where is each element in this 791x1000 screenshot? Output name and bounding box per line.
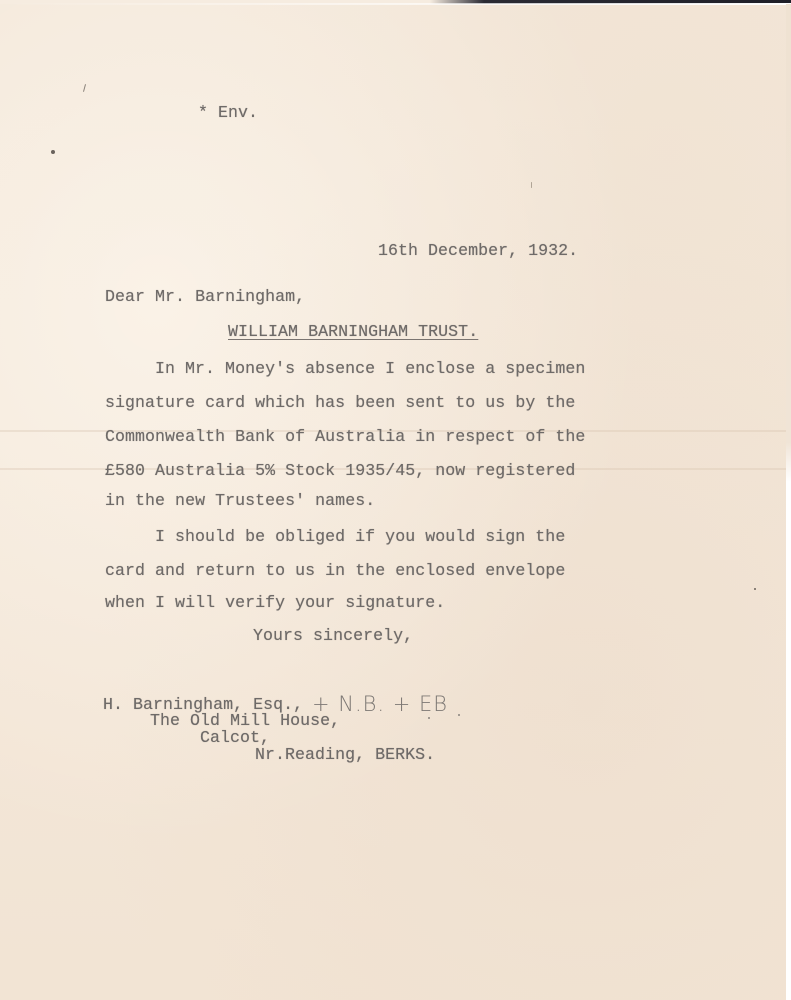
paper-right-edge: [786, 4, 791, 1000]
paragraph-line: signature card which has been sent to us…: [105, 394, 575, 412]
paragraph-line: in the new Trustees' names.: [105, 492, 375, 510]
paragraph-line: Commonwealth Bank of Australia in respec…: [105, 428, 585, 446]
letter-heading: WILLIAM BARNINGHAM TRUST.: [228, 323, 478, 341]
paper-speck: [51, 150, 55, 154]
paper-speck: [754, 588, 756, 590]
salutation: Dear Mr. Barningham,: [105, 288, 305, 306]
handwritten-annotation: + N.B. + EB: [312, 692, 448, 716]
paper-mark: [531, 182, 532, 188]
letter-date: 16th December, 1932.: [378, 242, 578, 260]
address-line: Nr.Reading, BERKS.: [255, 746, 435, 764]
paragraph-line: card and return to us in the enclosed en…: [105, 562, 565, 580]
pencil-dot: [458, 714, 460, 716]
pencil-dot: [428, 717, 430, 719]
paragraph-line: £580 Australia 5% Stock 1935/45, now reg…: [105, 462, 575, 480]
paragraph-line: I should be obliged if you would sign th…: [155, 528, 565, 546]
paragraph-line: In Mr. Money's absence I enclose a speci…: [155, 360, 585, 378]
closing: Yours sincerely,: [253, 627, 413, 645]
enclosure-note: * Env.: [198, 104, 258, 122]
paragraph-line: when I will verify your signature.: [105, 594, 445, 612]
paper-top-edge: [0, 3, 791, 5]
